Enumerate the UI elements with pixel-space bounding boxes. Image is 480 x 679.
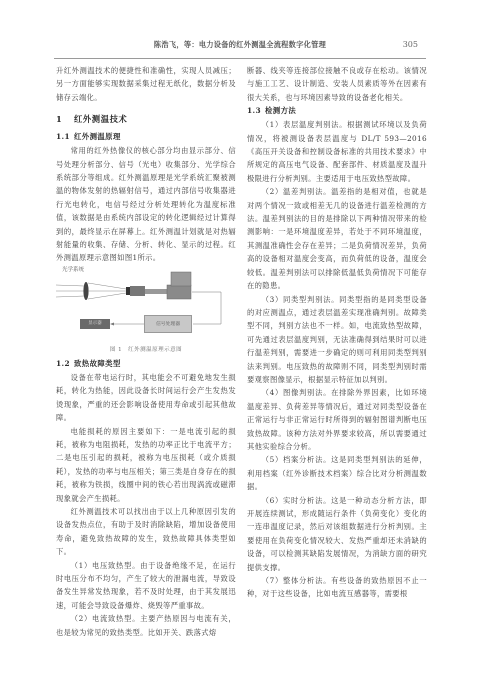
paragraph-current-heating: （2）电流致热型。主要产热原因与电流有关，也是较为常见的致热类型。比如开关、跌落… (56, 612, 236, 639)
paragraph-ir-benefit: 红外测温技术可以找出由于以上几种原因引发的设备发热点位，有助于及时消除缺陷，增加… (56, 505, 236, 559)
subsection-title: 红外测温原理 (74, 132, 121, 141)
paragraph-fault-intro: 设备在带电运行时，其电能会不可避免地发生损耗，转化为热能，因此设备长时间运行会产… (56, 371, 236, 425)
subsection-heading-1-2: 1.2致热故障类型 (56, 357, 236, 371)
page-number: 305 (403, 40, 418, 49)
paragraph-method-1: （1）表层温度判别法。根据测试环境以及负荷情况，将被测设备表层温度与 DL/T … (247, 118, 427, 185)
left-column: 升红外测温技术的便捷性和准确性，实现人员减压；另一方面能够实现数据采集过程无纸化… (56, 64, 236, 639)
paragraph-method-6: （6）实时分析法。这是一种动态分析方法，即开展连续测试，形成随运行条件（负荷变化… (247, 494, 427, 574)
subsection-number: 1.2 (56, 357, 74, 371)
running-header: 陈浩飞，等：电力设备的红外测温全流程数字化管理 305 (54, 40, 426, 54)
paragraph-principle: 常用的红外热像仪的核心部分均由显示部分、信号处理分析部分、信号（光电）收集部分、… (56, 144, 236, 265)
paragraph-voltage-heating: （1）电压致热型。由于设备绝缘不足，在运行时电压分布不均匀，产生了较大的泄漏电流… (56, 559, 236, 613)
paragraph-continued: 断器、线夹等连接部位接触不良或存在松动。该情况与施工工艺、设计制造、安装人员素质… (247, 64, 427, 104)
subsection-heading-1-1: 1.1红外测温原理 (56, 130, 236, 144)
header-divider (54, 58, 426, 59)
figure-number: 图 1 (110, 347, 122, 353)
subsection-number: 1.3 (247, 104, 265, 118)
right-column: 断器、线夹等连接部位接触不良或存在松动。该情况与施工工艺、设计制造、安装人员素质… (247, 64, 427, 601)
figure-caption-text: 红外测温原理示意图 (128, 347, 182, 353)
subsection-title: 检测方法 (265, 106, 296, 115)
figure-caption: 图 1红外测温原理示意图 (56, 343, 236, 357)
display-box: 显示器 (80, 319, 110, 329)
intro-paragraph: 升红外测温技术的便捷性和准确性，实现人员减压；另一方面能够实现数据采集过程无纸化… (56, 64, 236, 104)
section-heading-1: 1红外测温技术 (56, 112, 236, 126)
figure-1: 光学系统 显示器 信号处理器 (56, 265, 236, 343)
running-header-title: 陈浩飞，等：电力设备的红外测温全流程数字化管理 (54, 40, 426, 50)
paragraph-method-4: （4）图像判别法。在排除外界因素，比如环境温度差异、负荷差异等情况后，通过对同类… (247, 386, 427, 453)
paragraph-method-2: （2）温差判别法。温差指的是相对值，也就是对两个情况一致或相差无几的设备进行温差… (247, 185, 427, 292)
paragraph-method-7: （7）整体分析法。有些设备的致热原因不止一种，对于这些设备，比如电流互感器等，需… (247, 574, 427, 601)
subsection-heading-1-3: 1.3检测方法 (247, 104, 427, 118)
section-title: 红外测温技术 (74, 114, 127, 124)
signal-processor-box: 信号处理器 (144, 315, 192, 333)
subsection-number: 1.1 (56, 130, 74, 144)
subsection-title: 致热故障类型 (74, 359, 121, 368)
paragraph-energy-loss: 电能损耗的原因主要如下：一是电流引起的损耗，被称为电阻损耗，发热的功率正比于电流… (56, 425, 236, 505)
paragraph-method-3: （3）同类型判别法。同类型指的是同类型设备的对应测温点，通过表层温差实现准确判别… (247, 293, 427, 387)
section-number: 1 (56, 112, 74, 126)
paragraph-method-5: （5）档案分析法。这是同类型判别法的延伸，利用档案（红外诊断技术档案）综合比对分… (247, 453, 427, 493)
